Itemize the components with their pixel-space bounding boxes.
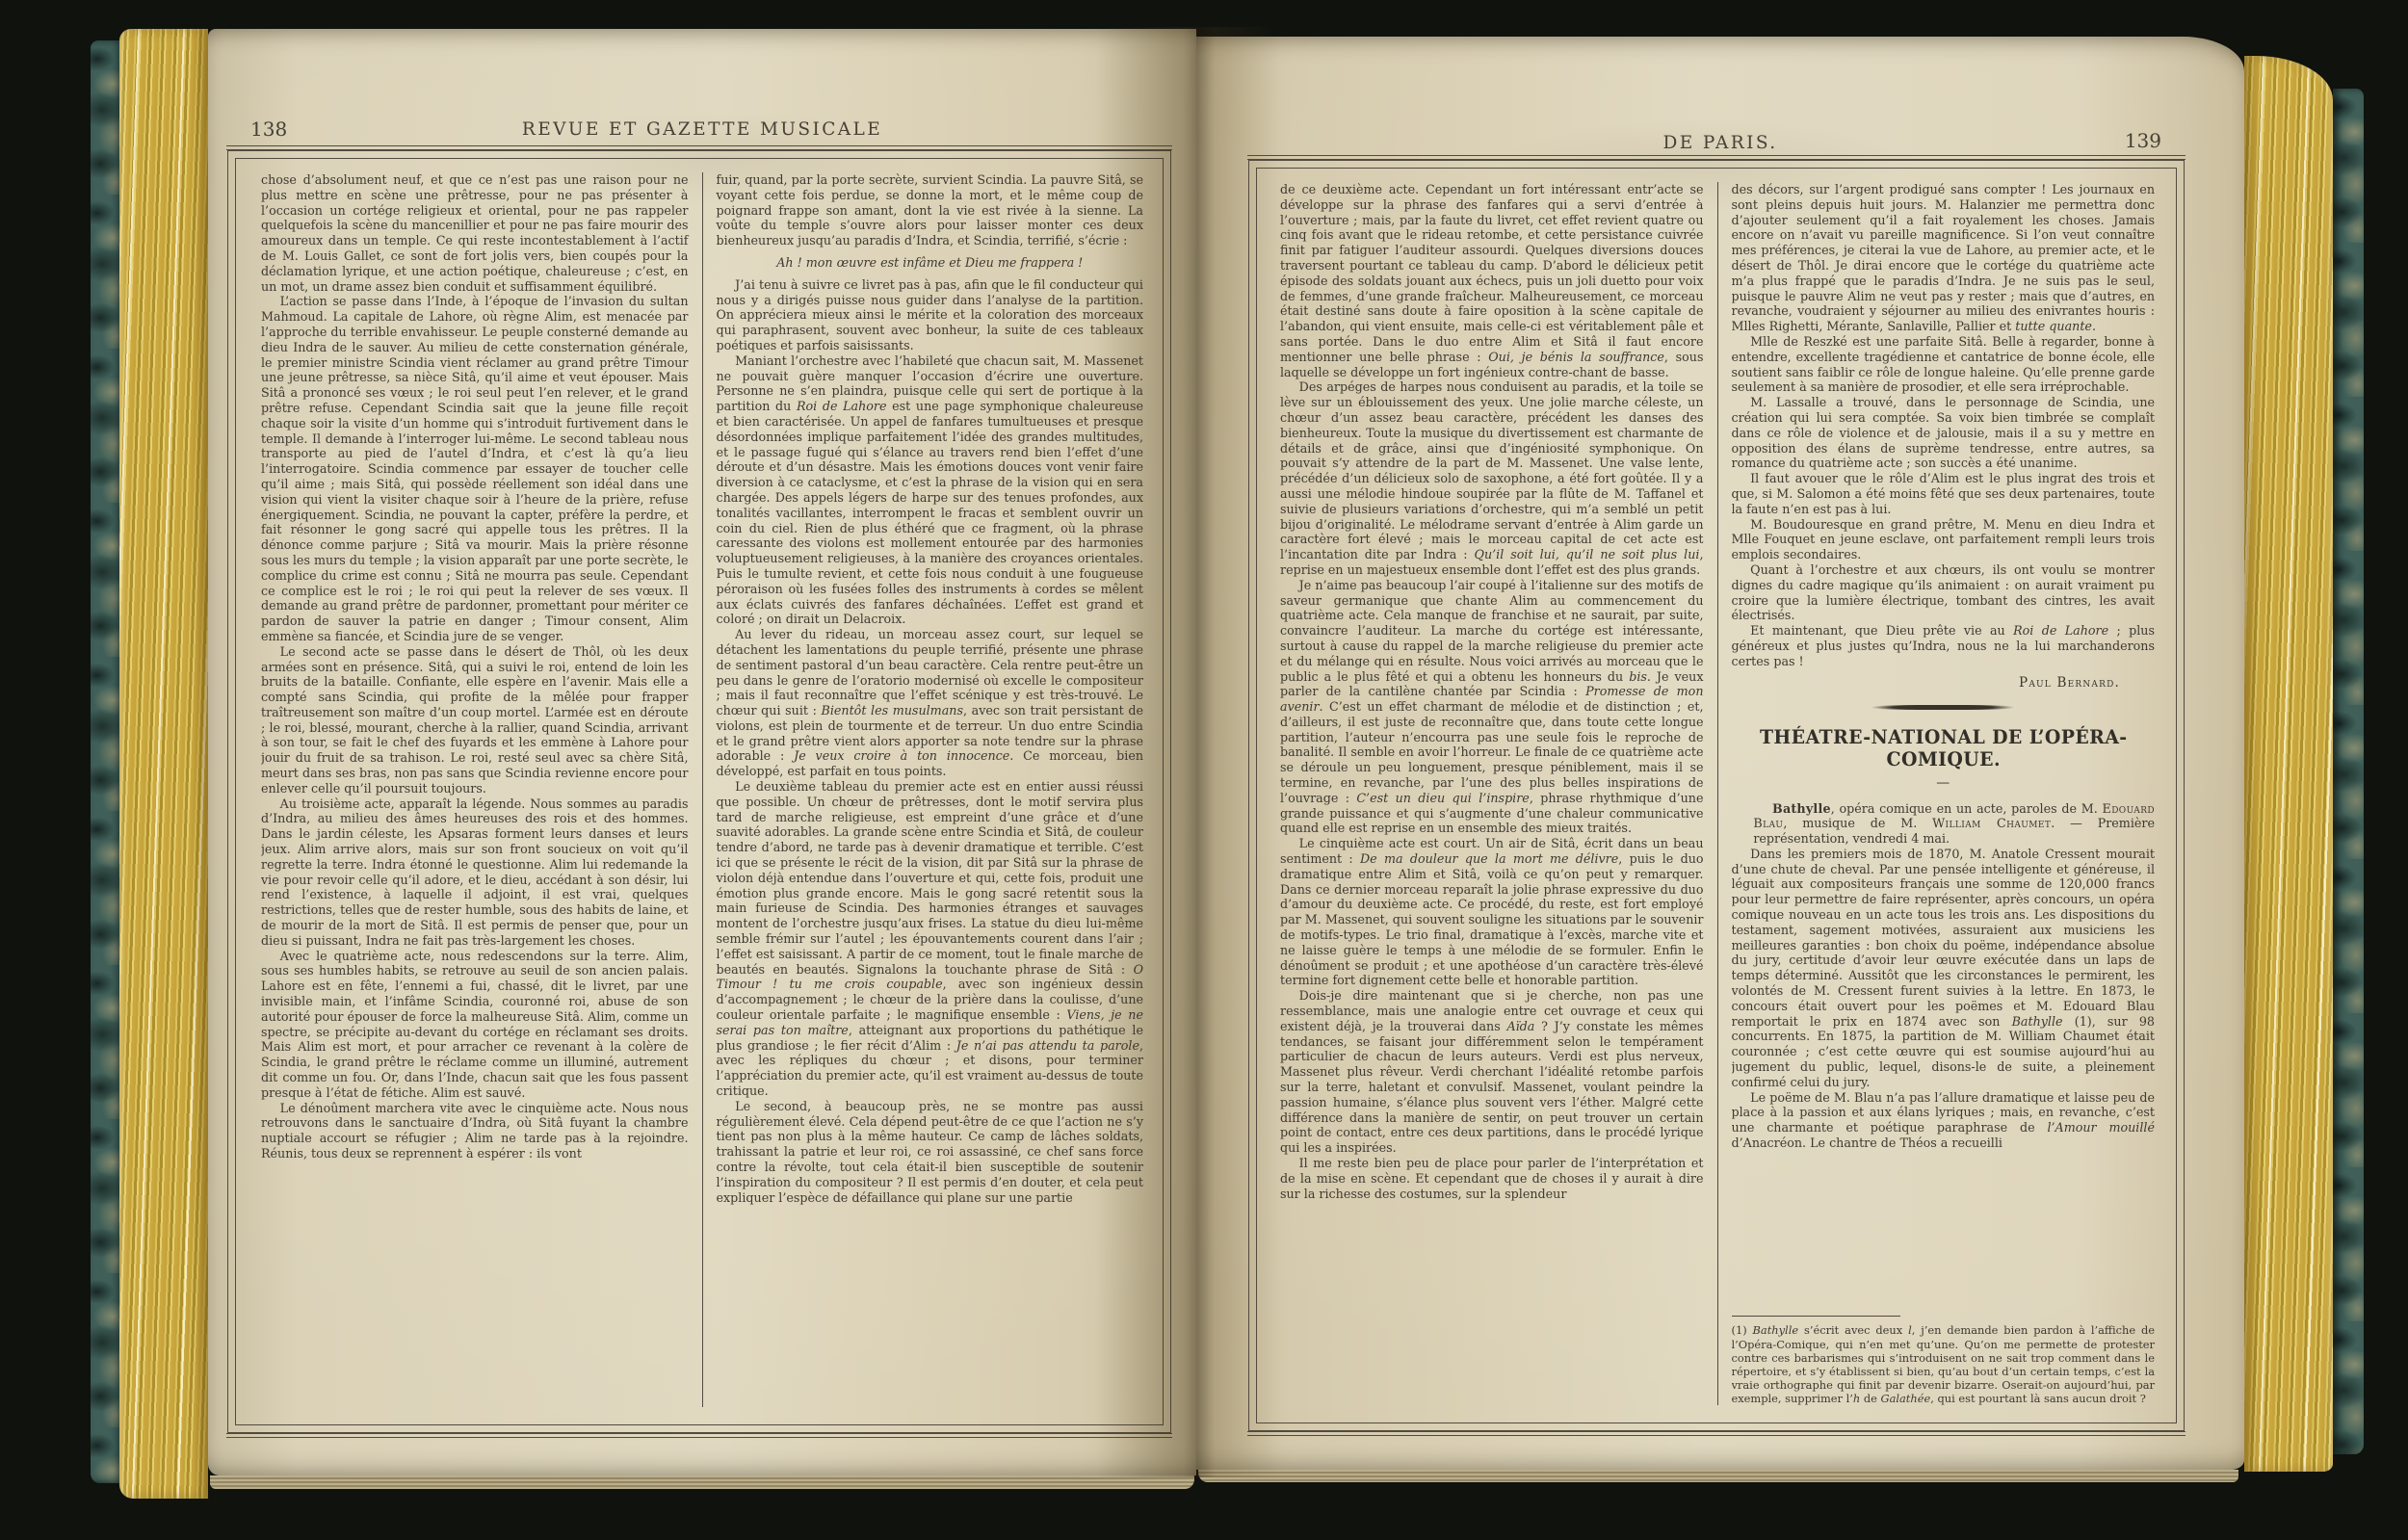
text-frame-left: chose d’absolument neuf, et que ce n’est… [227, 150, 1171, 1433]
paragraph-group: des décors, sur l’argent prodigué sans c… [1732, 182, 2156, 669]
section-heading-dash: — [1732, 777, 2156, 789]
paragraph: Et maintenant, que Dieu prête vie au Roi… [1732, 623, 2156, 668]
paragraph: Il me reste bien peu de place pour parle… [1280, 1156, 1704, 1201]
paragraph: M. Lassalle a trouvé, dans le personnage… [1732, 395, 2156, 471]
paragraph: L’action se passe dans l’Inde, à l’époqu… [261, 294, 689, 643]
paragraph: fuir, quand, par la porte secrète, survi… [717, 172, 1144, 248]
paragraph: Maniant l’orchestre avec l’habileté que … [717, 353, 1144, 627]
left-column-1: chose d’absolument neuf, et que ce n’est… [261, 172, 702, 1407]
paragraph: Au lever du rideau, un morceau assez cou… [717, 627, 1144, 779]
paragraph: Le poëme de M. Blau n’a pas l’allure dra… [1732, 1090, 2156, 1151]
page-fore-edge-left [119, 29, 208, 1499]
page-right: DE PARIS. 139 de ce deuxième acte. Cepen… [1196, 37, 2244, 1470]
footnote: (1) Bathylle s’écrit avec deux l, j’en d… [1732, 1312, 2156, 1405]
paragraph: Quant à l’orchestre et aux chœurs, ils o… [1732, 562, 2156, 623]
paragraph: chose d’absolument neuf, et que ce n’est… [261, 172, 689, 294]
inner-frame-left: chose d’absolument neuf, et que ce n’est… [235, 158, 1164, 1425]
paragraph-group: fuir, quand, par la porte secrète, survi… [717, 172, 1144, 248]
paragraph: Je n’aime pas beaucoup l’air coupé à l’i… [1280, 578, 1704, 837]
section-divider-rule [1845, 705, 2040, 710]
inner-frame-right: de ce deuxième acte. Cependant un fort i… [1256, 168, 2177, 1423]
paragraph: Dois-je dire maintenant que si je cherch… [1280, 988, 1704, 1156]
book-cover-left [91, 40, 123, 1483]
paragraph: Au troisième acte, apparaît la légende. … [261, 796, 689, 949]
paragraph: Le cinquième acte est court. Un air de S… [1280, 836, 1704, 988]
paragraph: de ce deuxième acte. Cependant un fort i… [1280, 182, 1704, 379]
paragraph: Le second, à beaucoup près, ne se montre… [717, 1099, 1144, 1206]
verse-line: Ah ! mon œuvre est infâme et Dieu me fra… [717, 255, 1144, 271]
section-heading: THÉATRE-NATIONAL DE L’OPÉRA-COMIQUE. [1738, 726, 2148, 770]
article-signature: Paul Bernard. [1732, 675, 2156, 691]
left-column-2: fuir, quand, par la porte secrète, survi… [702, 172, 1144, 1407]
text-frame-right: de ce deuxième acte. Cependant un fort i… [1248, 160, 2185, 1431]
book-cover-right [2333, 89, 2364, 1454]
paragraph: Le dénoûment marchera vite avec le cinqu… [261, 1101, 689, 1162]
paragraph: Avec le quatrième acte, nous redescendon… [261, 949, 689, 1101]
paragraph: des décors, sur l’argent prodigué sans c… [1732, 182, 2156, 334]
paragraph: Il faut avouer que le rôle d’Alim est le… [1732, 471, 2156, 516]
page-bottom-edge-right [1198, 1470, 2238, 1482]
paragraph: Le deuxième tableau du premier acte est … [717, 779, 1144, 1099]
page-fore-edge-right [2244, 56, 2333, 1472]
page-bottom-edge-left [210, 1475, 1194, 1489]
paragraph: Le second acte se passe dans le désert d… [261, 644, 689, 796]
scanned-journal-spread: { "colors":{ "background":"#0f120d", "pa… [0, 0, 2408, 1540]
page-number-right: 139 [2125, 129, 2161, 152]
paragraph: J’ai tenu à suivre ce livret pas à pas, … [717, 277, 1144, 353]
paragraph: Dans les premiers mois de 1870, M. Anato… [1732, 847, 2156, 1090]
article-lead: Bathylle, opéra comique en un acte, paro… [1732, 801, 2156, 847]
page-left: 138 REVUE ET GAZETTE MUSICALE chose d’ab… [208, 29, 1196, 1475]
paragraph: Mlle de Reszké est une parfaite Sitâ. Be… [1732, 334, 2156, 395]
right-column-1: de ce deuxième acte. Cependant un fort i… [1280, 182, 1717, 1405]
paragraph-group: J’ai tenu à suivre ce livret pas à pas, … [717, 277, 1144, 1206]
paragraph: Des arpéges de harpes nous conduisent au… [1280, 379, 1704, 577]
running-title-right: DE PARIS. [1196, 133, 2244, 153]
paragraph-group: Dans les premiers mois de 1870, M. Anato… [1732, 847, 2156, 1151]
right-column-2: des décors, sur l’argent prodigué sans c… [1717, 182, 2156, 1405]
running-title-left: REVUE ET GAZETTE MUSICALE [208, 119, 1196, 140]
paragraph: M. Boudouresque en grand prêtre, M. Menu… [1732, 517, 2156, 562]
